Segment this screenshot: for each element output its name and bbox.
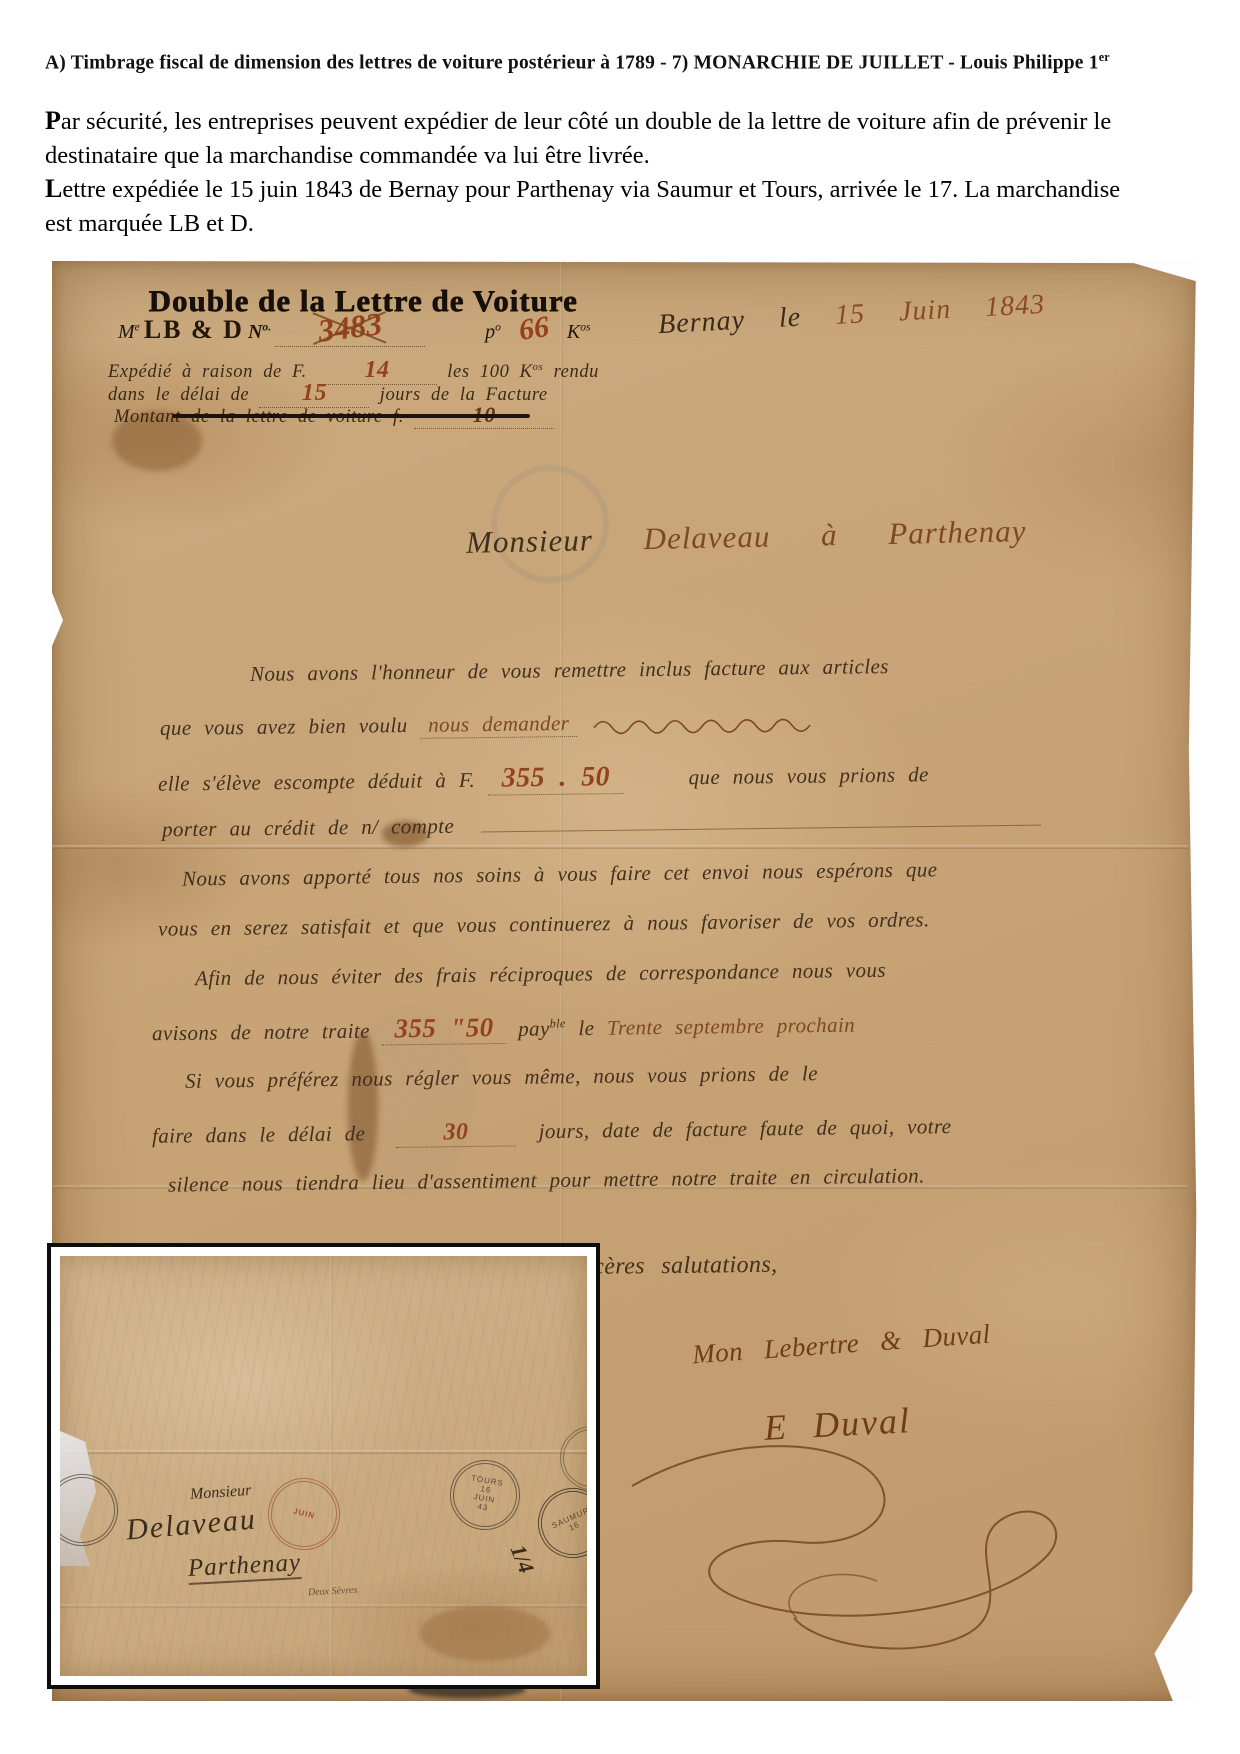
due-date: Trente septembre prochain [607, 1013, 855, 1040]
torn-edge-notch [49, 585, 63, 653]
salutation-addressee: Delaveau à Parthenay [643, 513, 1027, 556]
body-line-11: silence nous tiendra lieu d'assentiment … [168, 1163, 925, 1197]
rate-marking: 1/4 [505, 1541, 540, 1577]
page-caption: A) Timbrage fiscal de dimension des lett… [45, 50, 1205, 75]
postmark-bernay-month: JUIN [292, 1507, 316, 1521]
body-line-2-brown: nous demander [420, 711, 577, 739]
body-line-5: Nous avons apporté tous nos soins à vous… [182, 857, 938, 891]
body-line-10-text-b: jours, date de facture faute de quoi, vo… [538, 1114, 951, 1143]
body-line-7: Afin de nous éviter des frais réciproque… [195, 958, 886, 991]
salutation-monsieur: Monsieur [466, 522, 594, 560]
body-line-8: avisons de notre traite 355 "50 payble l… [152, 1008, 855, 1049]
postmark-tours-year: 43 [477, 1503, 489, 1514]
intro-paragraph-2: Lettre expédiée le 15 juin 1843 de Berna… [45, 172, 1130, 241]
inset-fold-crease [60, 1450, 587, 1454]
caption-superscript: er [1099, 50, 1110, 64]
postmark-bernay: JUIN [260, 1470, 347, 1557]
inset-address-town: Parthenay [187, 1549, 302, 1585]
rate-pre: Expédié à raison de F. [108, 362, 307, 382]
body-line-4: porter au crédit de n/ compte [162, 807, 1041, 843]
inset-address-monsieur: Monsieur [189, 1482, 251, 1504]
signature-flourish [587, 1441, 1132, 1666]
letterhead-underline [172, 414, 530, 418]
inset-address-name: Delaveau [125, 1502, 258, 1547]
inset-stain [420, 1606, 550, 1661]
amount-due: 355 . 50 [488, 761, 625, 796]
postmark-saumur: SAUMUR 16 [527, 1477, 587, 1569]
rate-post: les 100 Kos rendu [447, 362, 599, 382]
intro-2-text: ettre expédiée le 15 juin 1843 de Bernay… [45, 176, 1120, 237]
numero-label: No. [248, 321, 271, 343]
dateline-place: Bernay le [657, 302, 801, 340]
body-line-10: faire dans le délai de 30 jours, date de… [152, 1113, 952, 1151]
body-line-2: que vous avez bien voulu nous demander [160, 708, 820, 742]
body-line-10-text: faire dans le délai de [152, 1121, 366, 1148]
intro-1-text: ar sécurité, les entreprises peuvent exp… [45, 108, 1111, 169]
folded-letter-inset: JUIN TOURS 16 JUIN 43 SAUMUR 16 Monsieur… [47, 1243, 600, 1689]
exhibit-page: A) Timbrage fiscal de dimension des lett… [0, 0, 1240, 1754]
postmark-saumur-day: 16 [568, 1521, 582, 1533]
body-line-2-text: que vous avez bien voulu [160, 713, 408, 740]
delay-days: 30 [443, 1119, 468, 1145]
waybill-number-slot: 3483 [275, 309, 425, 347]
inset-address-departement: Deux Sèvres [308, 1585, 358, 1599]
body-line-6: vous en serez satisfait et que vous cont… [158, 907, 930, 941]
inset-fold-crease-vertical [330, 1256, 333, 1676]
postmark-tours: TOURS 16 JUIN 43 [444, 1454, 525, 1535]
intro-1-lead-letter: P [45, 106, 61, 135]
intro-2-lead-letter: L [45, 174, 62, 203]
intro-paragraph-1: Par sécurité, les entreprises peuvent ex… [45, 104, 1130, 173]
body-line-1: Nous avons l'honneur de vous remettre in… [250, 654, 889, 687]
brown-ink-smudge [348, 1031, 378, 1181]
caption-text: A) Timbrage fiscal de dimension des lett… [45, 53, 1099, 74]
ink-squiggle [590, 713, 820, 734]
horizontal-fold-crease [52, 845, 1188, 849]
folded-letter-photo: JUIN TOURS 16 JUIN 43 SAUMUR 16 Monsieur… [60, 1256, 587, 1676]
abbrev-messieurs: Me [118, 321, 140, 343]
firm-initials: LB & D [144, 315, 244, 344]
weight-value: 66 [517, 310, 551, 348]
poids-label: po [485, 321, 501, 343]
dateline: Bernay le 15 Juin 1843 [657, 289, 1045, 341]
body-line-3-text: elle s'élève escompte déduit à F. [158, 768, 475, 796]
signature-firm: Mon Lebertre & Duval [691, 1319, 991, 1371]
body-line-8-text: avisons de notre traite [152, 1019, 370, 1046]
delay-days-slot: 30 [396, 1118, 516, 1147]
draft-amount: 355 "50 [382, 1012, 505, 1046]
blank-rule [481, 825, 1041, 833]
letterhead-reference-line: Me LB & D No. 3483 po 66 Kos [118, 309, 591, 347]
body-line-3: elle s'élève escompte déduit à F. 355 . … [158, 757, 929, 799]
kilos-label: Kos [567, 321, 591, 343]
payable-word: payble le [518, 1016, 595, 1041]
postmark-partial-left [60, 1465, 127, 1556]
body-line-3-text-b: que nous vous prions de [688, 762, 928, 789]
body-line-9: Si vous préférez nous régler vous même, … [185, 1061, 818, 1094]
body-line-4-text: porter au crédit de n/ compte [162, 814, 454, 842]
crossed-number: 3483 [318, 309, 382, 346]
dateline-date: 15 Juin 1843 [834, 289, 1046, 331]
